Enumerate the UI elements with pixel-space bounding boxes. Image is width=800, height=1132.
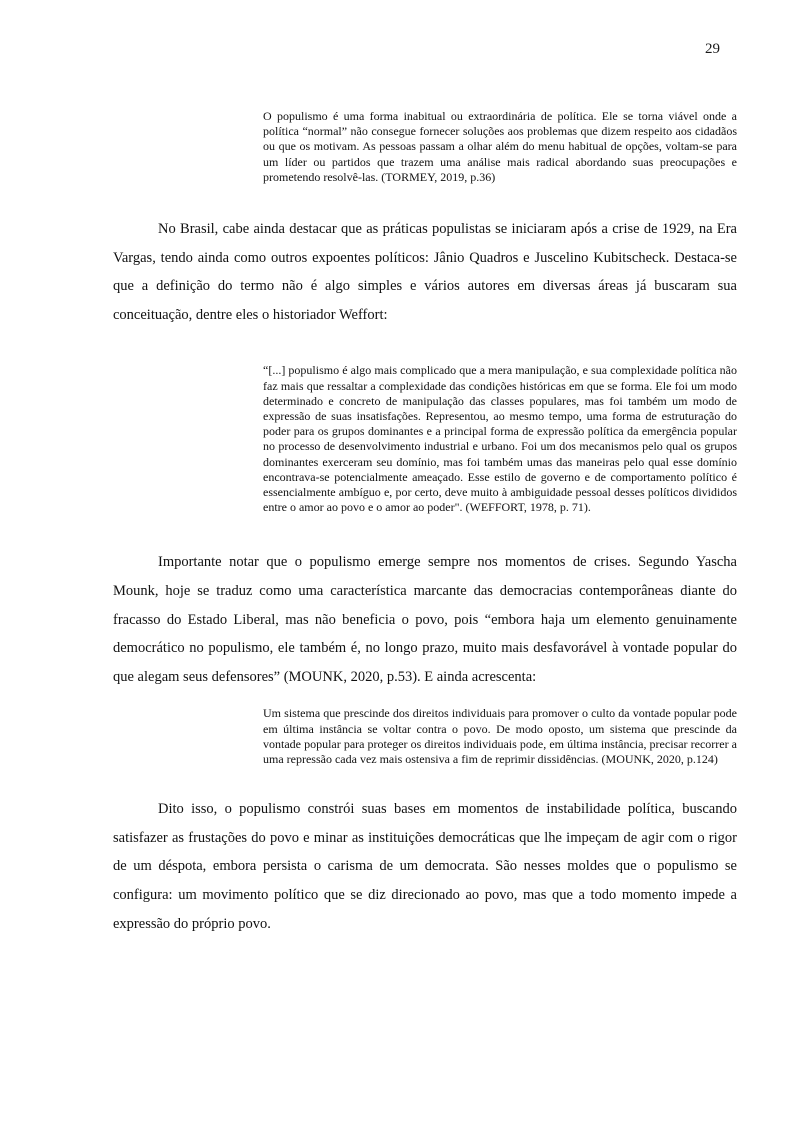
page-number: 29: [113, 40, 737, 59]
blockquote-mounk: Um sistema que prescinde dos direitos in…: [263, 706, 737, 767]
blockquote-weffort: “[...] populismo é algo mais complicado …: [263, 363, 737, 515]
document-page: 29 O populismo é uma forma inabitual ou …: [0, 0, 800, 1132]
paragraph-conclusion: Dito isso, o populismo constrói suas bas…: [113, 795, 737, 938]
blockquote-tormey: O populismo é uma forma inabitual ou ext…: [263, 109, 737, 185]
paragraph-mounk-intro: Importante notar que o populismo emerge …: [113, 548, 737, 691]
paragraph-brasil-vargas: No Brasil, cabe ainda destacar que as pr…: [113, 215, 737, 329]
